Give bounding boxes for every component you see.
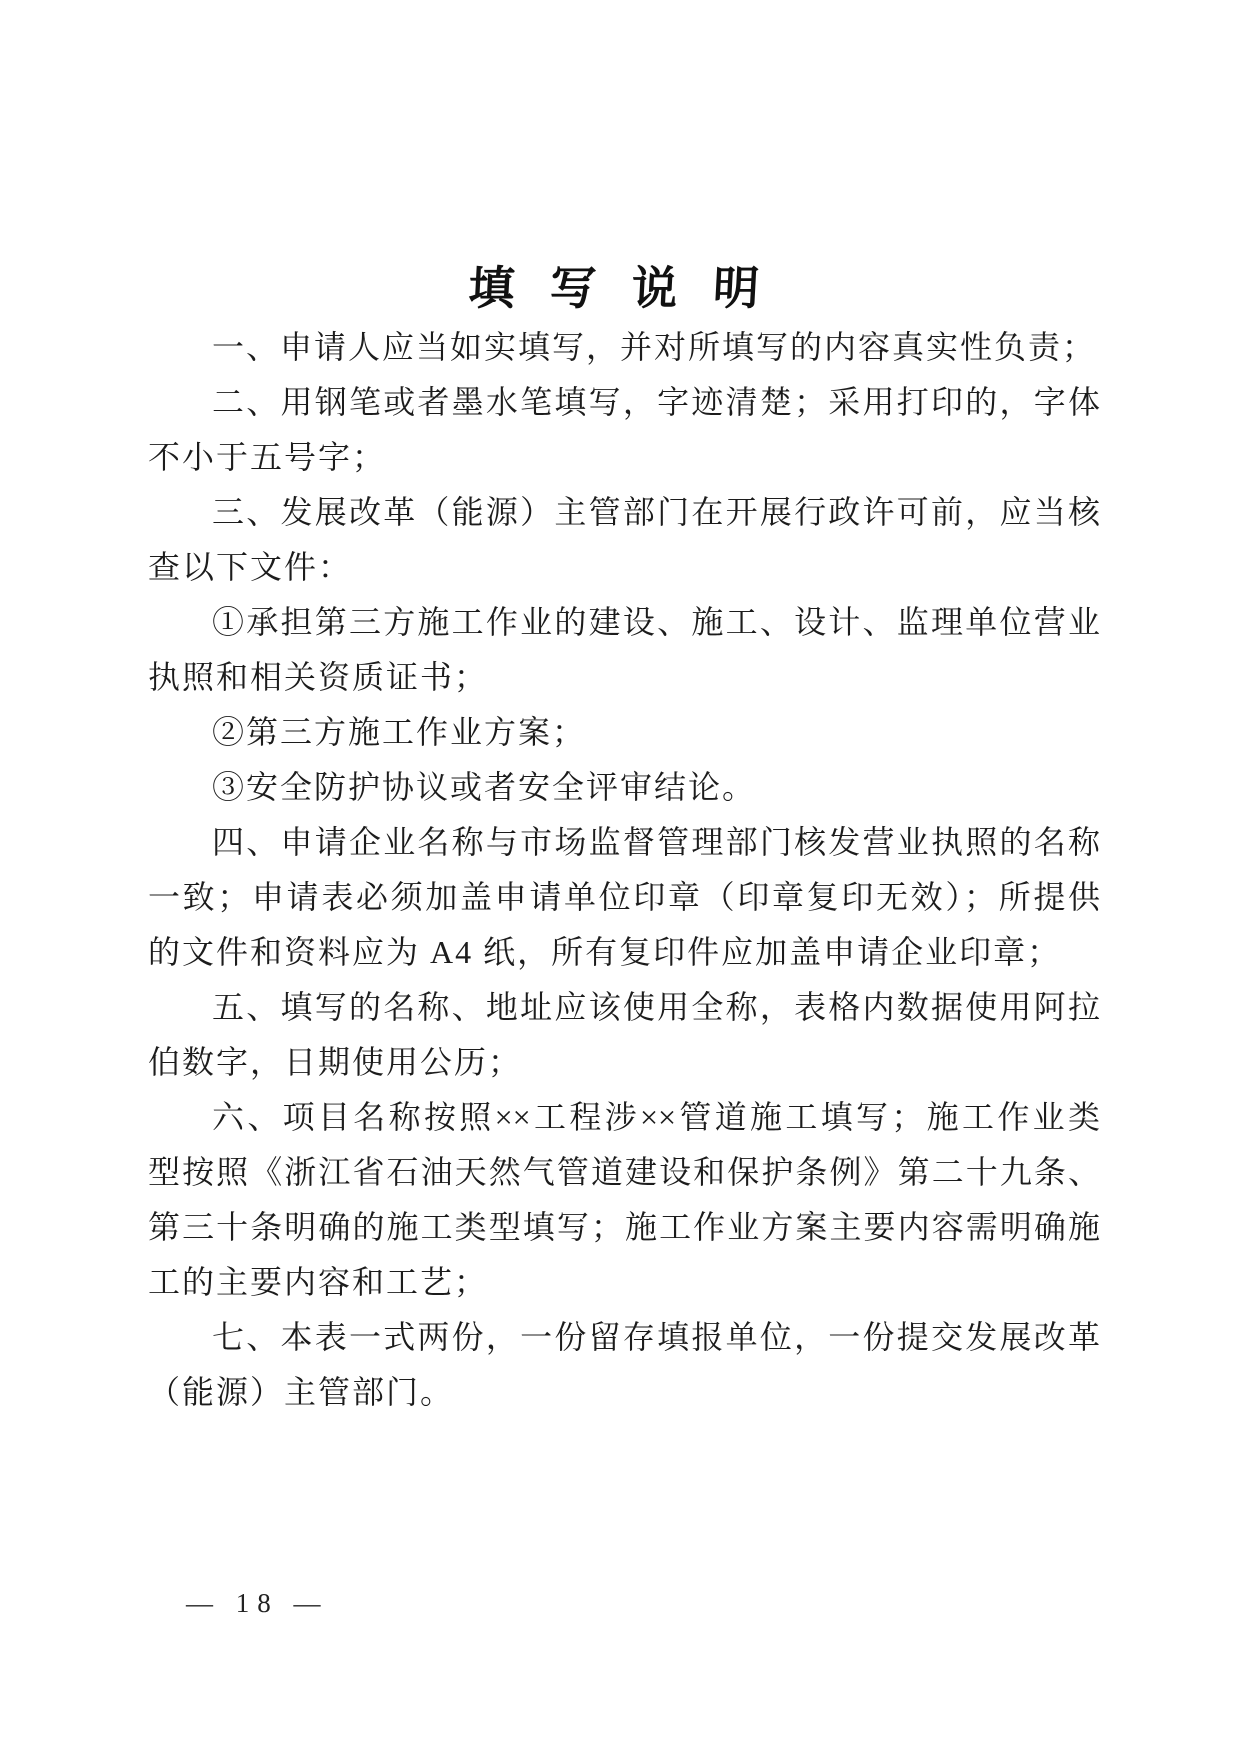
doc-line: 二、用钢笔或者墨水笔填写，字迹清楚；采用打印的，字体 bbox=[148, 375, 1100, 430]
doc-line: 三、发展改革（能源）主管部门在开展行政许可前，应当核 bbox=[148, 485, 1100, 540]
doc-line: 六、项目名称按照××工程涉××管道施工填写；施工作业类 bbox=[148, 1090, 1100, 1145]
doc-line: 一、申请人应当如实填写，并对所填写的内容真实性负责； bbox=[148, 320, 1100, 375]
doc-line: 工的主要内容和工艺； bbox=[148, 1255, 1100, 1310]
document-page: 填 写 说 明 一、申请人应当如实填写，并对所填写的内容真实性负责； 二、用钢笔… bbox=[0, 0, 1240, 1753]
doc-line: 四、申请企业名称与市场监督管理部门核发营业执照的名称 bbox=[148, 815, 1100, 870]
page-title: 填 写 说 明 bbox=[0, 252, 1240, 318]
doc-line: ①承担第三方施工作业的建设、施工、设计、监理单位营业 bbox=[148, 595, 1100, 650]
doc-line: 一致；申请表必须加盖申请单位印章（印章复印无效）；所提供 bbox=[148, 870, 1100, 925]
doc-line: 不小于五号字； bbox=[148, 430, 1100, 485]
doc-line: 查以下文件： bbox=[148, 540, 1100, 595]
doc-line: 七、本表一式两份，一份留存填报单位，一份提交发展改革 bbox=[148, 1310, 1100, 1365]
doc-line: 伯数字，日期使用公历； bbox=[148, 1035, 1100, 1090]
doc-line: 型按照《浙江省石油天然气管道建设和保护条例》第二十九条、 bbox=[148, 1145, 1100, 1200]
footer-page-number: — 18 — bbox=[186, 1588, 329, 1619]
doc-line: 的文件和资料应为 A4 纸，所有复印件应加盖申请企业印章； bbox=[148, 925, 1100, 980]
doc-line: ②第三方施工作业方案； bbox=[148, 705, 1100, 760]
doc-line: ③安全防护协议或者安全评审结论。 bbox=[148, 760, 1100, 815]
doc-line: 第三十条明确的施工类型填写；施工作业方案主要内容需明确施 bbox=[148, 1200, 1100, 1255]
instructions-body: 一、申请人应当如实填写，并对所填写的内容真实性负责； 二、用钢笔或者墨水笔填写，… bbox=[148, 320, 1100, 1420]
doc-line: 执照和相关资质证书； bbox=[148, 650, 1100, 705]
doc-line: （能源）主管部门。 bbox=[148, 1365, 1100, 1420]
doc-line: 五、填写的名称、地址应该使用全称，表格内数据使用阿拉 bbox=[148, 980, 1100, 1035]
